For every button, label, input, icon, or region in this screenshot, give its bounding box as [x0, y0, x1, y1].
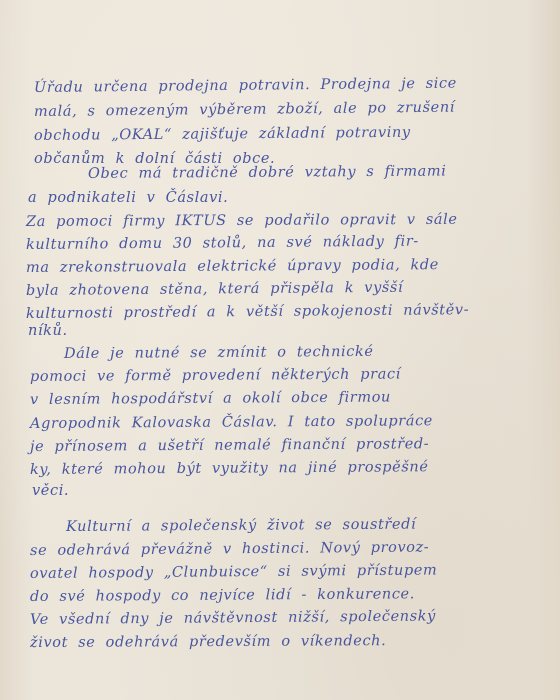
text-line: byla zhotovena stěna, která přispěla k v… [26, 280, 403, 299]
text-line: obchodu „OKAL“ zajišťuje základní potrav… [34, 125, 411, 144]
text-line: Obec má tradičně dobré vztahy s firmami [88, 163, 447, 182]
text-line: ma zrekonstruovala elektrické úpravy pod… [26, 257, 439, 276]
text-line: níků. [28, 323, 68, 339]
text-line: Za pomoci firmy IKTUS se podařilo opravi… [26, 212, 458, 230]
text-line: kulturnosti prostředí a k větší spokojen… [26, 302, 469, 322]
text-line: kulturního domu 30 stolů, na své náklady… [26, 234, 419, 253]
text-line: Dále je nutné se zmínit o technické [64, 344, 374, 362]
text-line: ovatel hospody „Clunbuisce“ si svými pří… [30, 562, 437, 582]
text-line: pomoci ve formě provedení některých prac… [30, 366, 401, 385]
text-line: Úřadu určena prodejna potravin. Prodejna… [34, 76, 457, 96]
text-line: Ve všední dny je návštěvnost nižší, spol… [30, 608, 436, 628]
text-line: se odehrává převážně v hostinci. Nový pr… [30, 540, 429, 559]
text-line: je přínosem a ušetří nemalé finanční pro… [30, 436, 429, 455]
text-line: ky, které mohou být využity na jiné pros… [30, 459, 429, 478]
text-line: život se odehrává především o víkendech. [30, 633, 386, 651]
text-line: věci. [32, 483, 69, 499]
text-line: v lesním hospodářství a okolí obce firmo… [30, 389, 391, 408]
text-line: Kulturní a společenský život se soustřed… [66, 517, 416, 535]
text-line: malá, s omezeným výběrem zboží, ale po z… [34, 100, 455, 120]
text-line: Agropodnik Kalovaska Čáslav. I tato spol… [30, 413, 433, 432]
chronicle-page: Úřadu určena prodejna potravin. Prodejna… [0, 0, 560, 700]
text-line: a podnikateli v Čáslavi. [28, 190, 228, 206]
text-line: do své hospody co nejvíce lidí - konkure… [30, 586, 415, 605]
